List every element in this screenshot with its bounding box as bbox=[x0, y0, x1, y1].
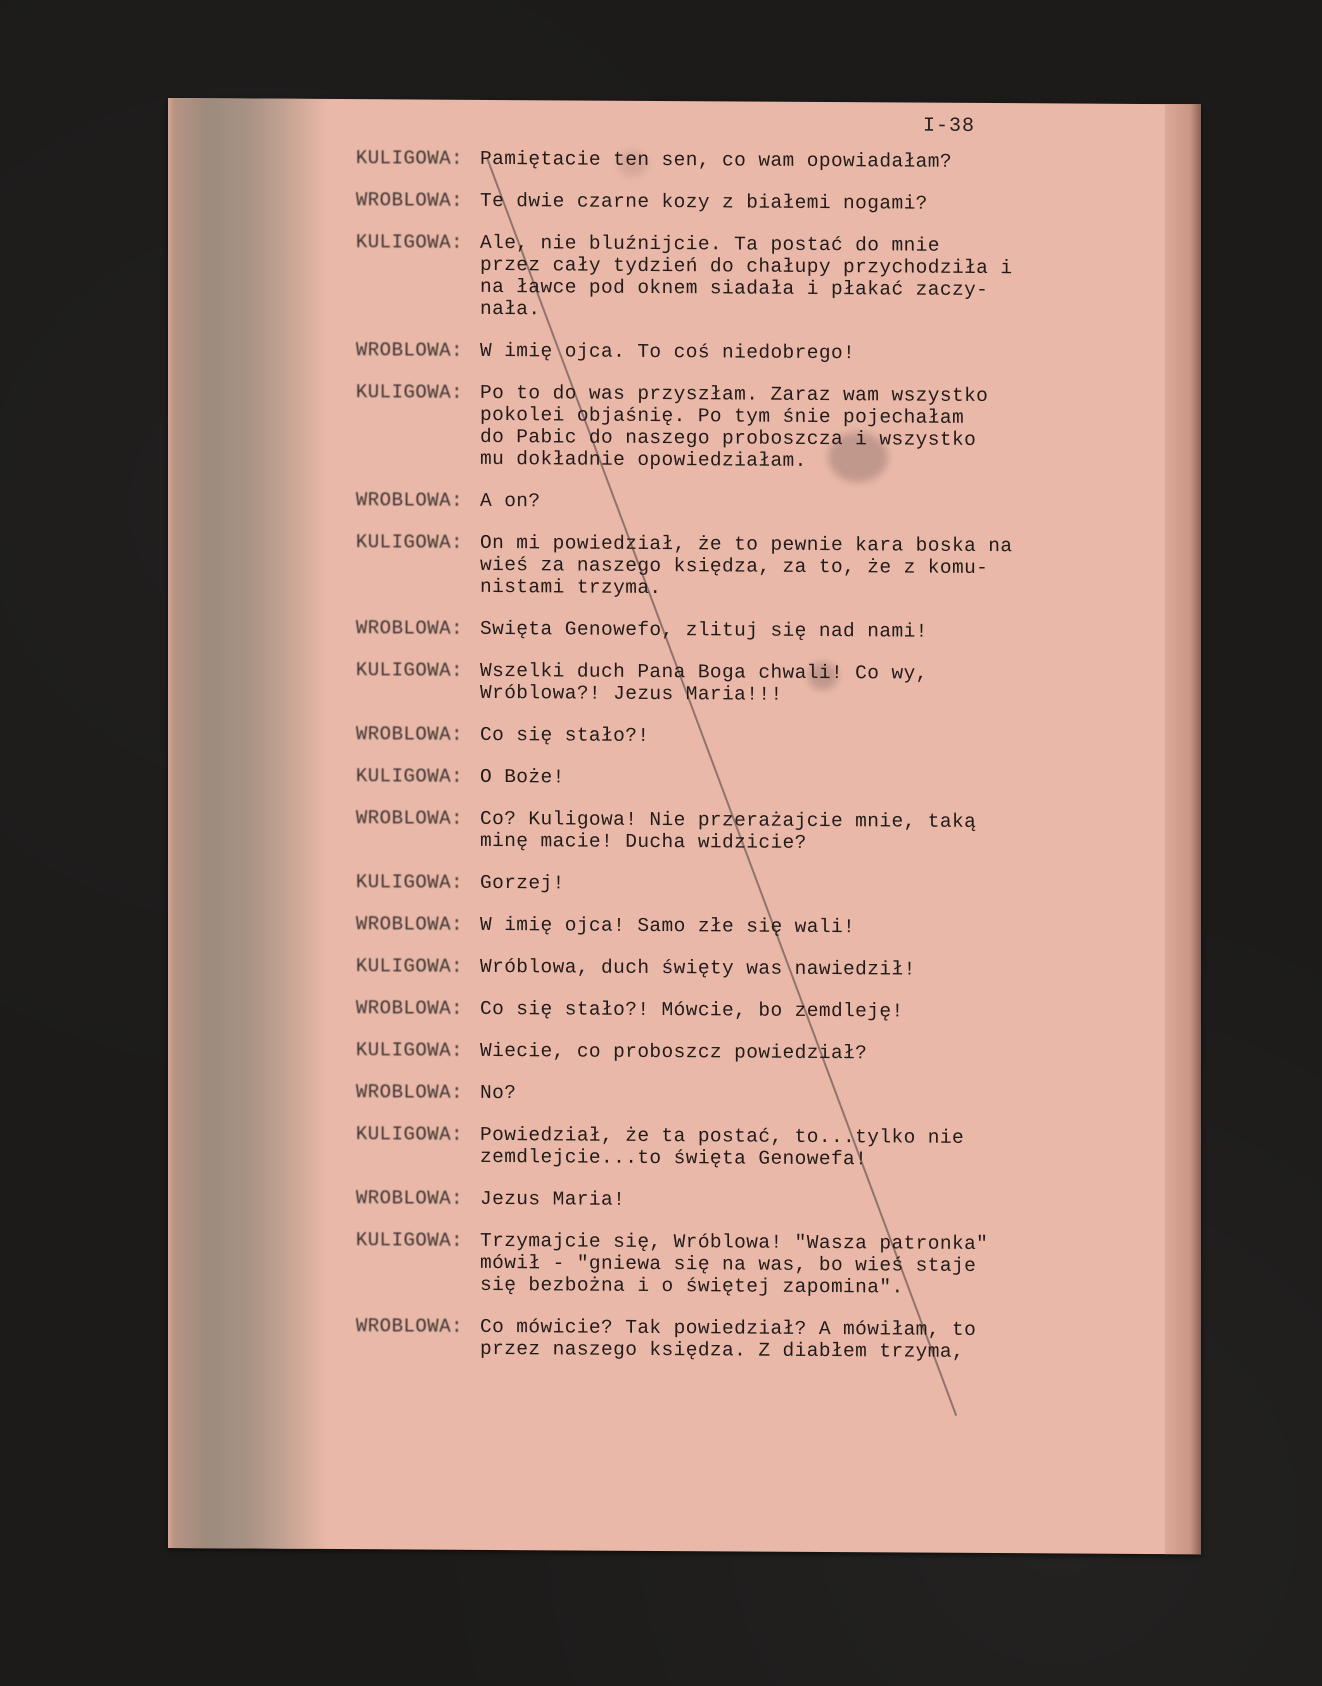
dialogue-line: Pamiętacie ten sen, co wam opowiadałam? bbox=[480, 148, 1090, 174]
speaker-name: WROBLOWA: bbox=[338, 617, 463, 640]
dialogue-line: nała. bbox=[480, 298, 1090, 324]
speaker-name: KULIGOWA: bbox=[338, 147, 463, 170]
dialogue-line: No? bbox=[480, 1082, 1090, 1108]
page-edge bbox=[1165, 104, 1201, 1554]
dialogue-line: mu dokładnie opowiedziałam. bbox=[480, 448, 1090, 474]
speaker-name: KULIGOWA: bbox=[338, 765, 463, 788]
dialogue-line: Swięta Genowefo, zlituj się nad nami! bbox=[480, 618, 1090, 644]
script-page: I-38 KULIGOWA:Pamiętacie ten sen, co wam… bbox=[168, 98, 1201, 1554]
speaker-name: WROBLOWA: bbox=[338, 997, 463, 1020]
dialogue-line: Te dwie czarne kozy z białemi nogami? bbox=[480, 190, 1090, 216]
dialogue-line: nistami trzyma. bbox=[480, 576, 1090, 602]
dialogue-line: Jezus Maria! bbox=[480, 1188, 1090, 1214]
speaker-name: WROBLOWA: bbox=[338, 807, 463, 830]
speaker-name: KULIGOWA: bbox=[338, 381, 463, 404]
speaker-name: WROBLOWA: bbox=[338, 723, 463, 746]
speaker-name: WROBLOWA: bbox=[338, 489, 463, 512]
speaker-name: WROBLOWA: bbox=[338, 339, 463, 362]
speaker-name: KULIGOWA: bbox=[338, 955, 463, 978]
dialogue-line: W imię ojca! Samo złe się wali! bbox=[480, 914, 1090, 940]
dialogue-line: Co się stało?! Mówcie, bo zemdleję! bbox=[480, 998, 1090, 1024]
dialogue-line: Co się stało?! bbox=[480, 724, 1090, 750]
dialogue-line: A on? bbox=[480, 490, 1090, 516]
speaker-name: KULIGOWA: bbox=[338, 1229, 463, 1252]
speaker-name: KULIGOWA: bbox=[338, 1039, 463, 1062]
dialogue-line: minę macie! Ducha widzicie? bbox=[480, 830, 1090, 856]
dialogue-line: Wróblowa, duch święty was nawiedził! bbox=[480, 956, 1090, 982]
speaker-name: KULIGOWA: bbox=[338, 1123, 463, 1146]
dialogue-line: Wróblowa?! Jezus Maria!!! bbox=[480, 682, 1090, 708]
speaker-name: KULIGOWA: bbox=[338, 231, 463, 254]
speaker-name: KULIGOWA: bbox=[338, 871, 463, 894]
dialogue-line: O Boże! bbox=[480, 766, 1090, 792]
speaker-name: WROBLOWA: bbox=[338, 189, 463, 212]
dialogue-line: przez naszego księdza. Z diabłem trzyma, bbox=[480, 1338, 1090, 1364]
dialogue-line: Wiecie, co proboszcz powiedział? bbox=[480, 1040, 1090, 1066]
dialogue-line: zemdlejcie...to święta Genowefa! bbox=[480, 1146, 1090, 1172]
speaker-name: WROBLOWA: bbox=[338, 913, 463, 936]
speaker-name: KULIGOWA: bbox=[338, 659, 463, 682]
dialogue-line: W imię ojca. To coś niedobrego! bbox=[480, 340, 1090, 366]
speaker-name: WROBLOWA: bbox=[338, 1187, 463, 1210]
speaker-name: WROBLOWA: bbox=[338, 1315, 463, 1338]
dialogue-line: się bezbożna i o świętej zapomina". bbox=[480, 1274, 1090, 1300]
binding-shadow bbox=[168, 98, 328, 1549]
speaker-name: WROBLOWA: bbox=[338, 1081, 463, 1104]
page-number: I-38 bbox=[923, 115, 975, 138]
speaker-name: KULIGOWA: bbox=[338, 531, 463, 554]
dialogue-line: Gorzej! bbox=[480, 872, 1090, 898]
